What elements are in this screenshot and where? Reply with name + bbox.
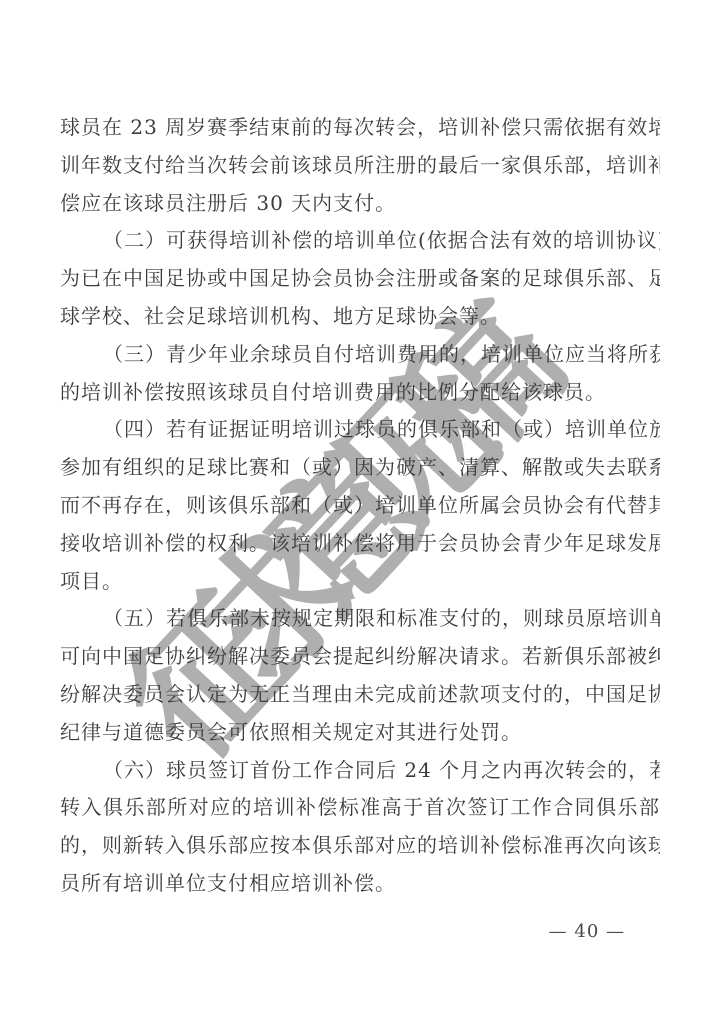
text-line: 纷解决委员会认定为无正当理由未完成前述款项支付的，中国足协: [60, 676, 660, 714]
paragraph: 球员在 23 周岁赛季结束前的每次转会，培训补偿只需依据有效培训年数支付给当次转…: [60, 109, 660, 222]
text-line: （三）青少年业余球员自付培训费用的，培训单位应当将所获得: [60, 336, 660, 374]
text-line: （六）球员签订首份工作合同后 24 个月之内再次转会的，若新: [60, 752, 660, 790]
text-line: 转入俱乐部所对应的培训补偿标准高于首次签订工作合同俱乐部: [60, 789, 660, 827]
paragraph: （五）若俱乐部未按规定期限和标准支付的，则球员原培训单位可向中国足协纠纷解决委员…: [60, 600, 660, 751]
text-line: 而不再存在，则该俱乐部和（或）培训单位所属会员协会有代替其: [60, 487, 660, 525]
paragraph: （六）球员签订首份工作合同后 24 个月之内再次转会的，若新转入俱乐部所对应的培…: [60, 752, 660, 903]
text-line: （四）若有证据证明培训过球员的俱乐部和（或）培训单位放弃: [60, 411, 660, 449]
text-line: 的培训补偿按照该球员自付培训费用的比例分配给该球员。: [60, 374, 660, 412]
text-line: 球员在 23 周岁赛季结束前的每次转会，培训补偿只需依据有效培: [60, 109, 660, 147]
paragraph: （四）若有证据证明培训过球员的俱乐部和（或）培训单位放弃参加有组织的足球比赛和（…: [60, 411, 660, 600]
paragraph: （三）青少年业余球员自付培训费用的，培训单位应当将所获得的培训补偿按照该球员自付…: [60, 336, 660, 412]
text-line: （五）若俱乐部未按规定期限和标准支付的，则球员原培训单位: [60, 600, 660, 638]
text-line: （二）可获得培训补偿的培训单位(依据合法有效的培训协议): [60, 222, 660, 260]
text-line: 参加有组织的足球比赛和（或）因为破产、清算、解散或失去联系: [60, 449, 660, 487]
text-line: 接收培训补偿的权利。该培训补偿将用于会员协会青少年足球发展: [60, 525, 660, 563]
text-line: 员所有培训单位支付相应培训补偿。: [60, 865, 660, 903]
text-line: 可向中国足协纠纷解决委员会提起纠纷解决请求。若新俱乐部被纠: [60, 638, 660, 676]
text-line: 为已在中国足协或中国足协会员协会注册或备案的足球俱乐部、足: [60, 260, 660, 298]
text-line: 球学校、社会足球培训机构、地方足球协会等。: [60, 298, 660, 336]
paragraph: （二）可获得培训补偿的培训单位(依据合法有效的培训协议)为已在中国足协或中国足协…: [60, 222, 660, 335]
text-line: 纪律与道德委员会可依照相关规定对其进行处罚。: [60, 714, 660, 752]
page-number: — 40 —: [549, 921, 625, 942]
text-line: 的，则新转入俱乐部应按本俱乐部对应的培训补偿标准再次向该球: [60, 827, 660, 865]
text-line: 训年数支付给当次转会前该球员所注册的最后一家俱乐部，培训补: [60, 147, 660, 185]
document-page: 征求意见稿 球员在 23 周岁赛季结束前的每次转会，培训补偿只需依据有效培训年数…: [0, 0, 720, 1018]
document-body: 球员在 23 周岁赛季结束前的每次转会，培训补偿只需依据有效培训年数支付给当次转…: [60, 109, 660, 903]
text-line: 偿应在该球员注册后 30 天内支付。: [60, 185, 660, 223]
text-line: 项目。: [60, 563, 660, 601]
